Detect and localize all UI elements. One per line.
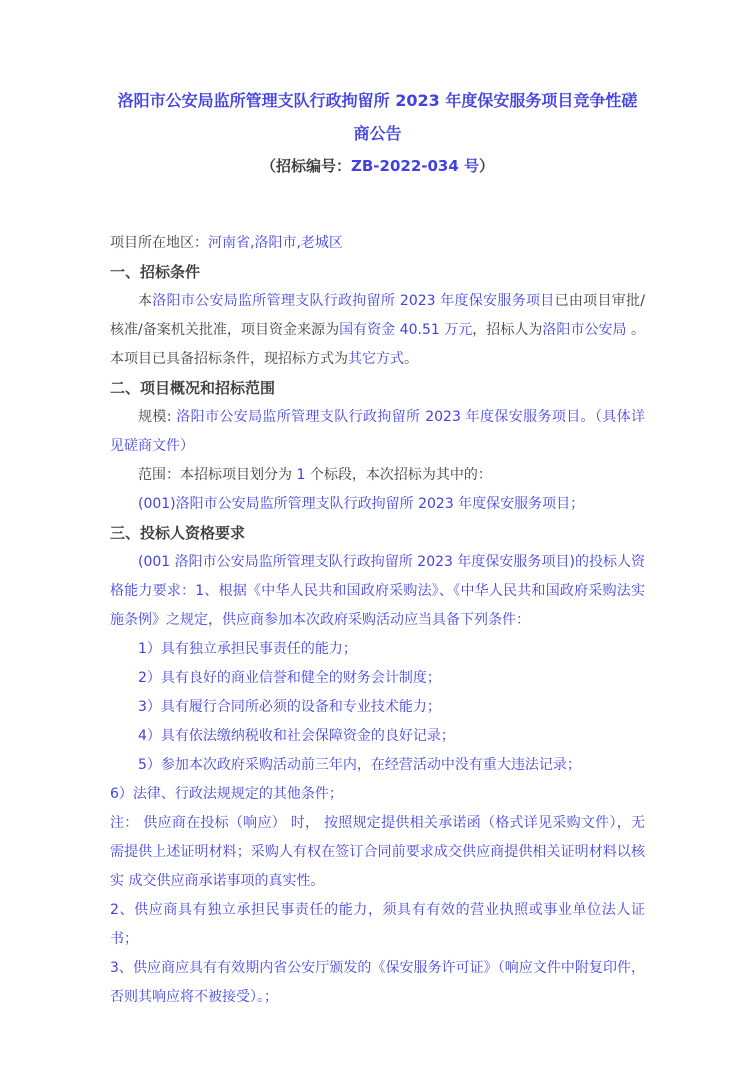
scope-line: 范围：本招标项目划分为 1 个标段，本次招标为其中的： xyxy=(110,461,645,490)
qualification-intro-paragraph: (001 洛阳市公安局监所管理支队行政拘留所 2023 年度保安服务项目)的投标… xyxy=(110,548,645,635)
project-location-line: 项目所在地区：河南省,洛阳市,老城区 xyxy=(110,229,645,258)
scale-line-seg-2: 洛阳市公安局监所管理支队行政拘留所 2023 年度保安服务项目。（具体详见磋商文… xyxy=(110,409,645,454)
section-3-heading: 三、投标人资格要求 xyxy=(110,519,645,548)
section-1-paragraph-seg-6: 洛阳市公安局 xyxy=(542,322,626,338)
condition-item-6-seg-1: 6）法律、行政法规规定的其他条件； xyxy=(110,786,343,802)
scale-line-seg-1: 规模: xyxy=(138,409,176,425)
section-1-paragraph-seg-1: 本 xyxy=(138,293,152,309)
scope-line-seg-1: 范围：本招标项目划分为 xyxy=(138,467,296,483)
qualification-intro-paragraph-seg-1: (001 洛阳市公安局监所管理支队行政拘留所 2023 年度保安服务项目)的投标… xyxy=(110,554,645,628)
note-paragraph: 注： 供应商在投标（响应） 时， 按照规定提供相关承诺函（格式详见采购文件），无… xyxy=(110,809,645,896)
document-body: 项目所在地区：河南省,洛阳市,老城区一、招标条件本洛阳市公安局监所管理支队行政拘… xyxy=(110,229,645,1012)
condition-item-5: 5）参加本次政府采购活动前三年内，在经营活动中没有重大违法记录； xyxy=(110,751,645,780)
requirement-3-seg-1: 3、供应商应具有有效期内省公安厅颁发的《保安服务许可证》（响应文件中附复印件，否… xyxy=(110,960,645,1005)
bid-section-line-seg-1: (001)洛阳市公安局监所管理支队行政拘留所 2023 年度保安服务项目； xyxy=(138,496,584,512)
condition-item-1-seg-1: 1）具有独立承担民事责任的能力； xyxy=(138,641,357,657)
section-1-heading: 一、招标条件 xyxy=(110,258,645,287)
requirement-2-seg-1: 2、供应商具有独立承担民事责任的能力，须具有有效的营业执照或事业单位法人证书； xyxy=(110,902,645,947)
section-3-heading-seg-1: 三、投标人资格要求 xyxy=(110,524,245,542)
section-1-paragraph-seg-2: 洛阳市公安局监所管理支队行政拘留所 2023 年度保安服务项目 xyxy=(152,293,554,309)
section-1-paragraph: 本洛阳市公安局监所管理支队行政拘留所 2023 年度保安服务项目已由项目审批/核… xyxy=(110,287,645,374)
section-2-heading-seg-1: 二、项目概况和招标范围 xyxy=(110,379,275,397)
condition-item-2-seg-1: 2）具有良好的商业信誉和健全的财务会计制度； xyxy=(138,670,441,686)
section-1-paragraph-seg-5: ，招标人为 xyxy=(472,322,542,338)
condition-item-6: 6）法律、行政法规规定的其他条件； xyxy=(110,780,645,809)
condition-item-4-seg-1: 4）具有依法缴纳税收和社会保障资金的良好记录； xyxy=(138,728,455,744)
section-1-paragraph-seg-4: 国有资金 40.51 万元 xyxy=(339,322,472,338)
condition-item-4: 4）具有依法缴纳税收和社会保障资金的良好记录； xyxy=(110,722,645,751)
project-location-line-seg-1: 项目所在地区： xyxy=(110,235,208,251)
document-viewport: { "colors":{ "blue":"#4242e4", "black":"… xyxy=(0,0,755,1071)
condition-item-3: 3）具有履行合同所必须的设备和专业技术能力； xyxy=(110,693,645,722)
scope-line-seg-3: 个标段，本次招标为其中的： xyxy=(305,467,491,483)
requirement-2: 2、供应商具有独立承担民事责任的能力，须具有有效的营业执照或事业单位法人证书； xyxy=(110,896,645,954)
note-paragraph-seg-1: 注： 供应商在投标（响应） 时， 按照规定提供相关承诺函（格式详见采购文件），无… xyxy=(110,815,645,889)
scale-line: 规模: 洛阳市公安局监所管理支队行政拘留所 2023 年度保安服务项目。（具体详… xyxy=(110,403,645,461)
bid-section-line: (001)洛阳市公安局监所管理支队行政拘留所 2023 年度保安服务项目； xyxy=(110,490,645,519)
tender-number-suffix: ） xyxy=(479,157,494,175)
section-1-paragraph-seg-8: 其它方式 xyxy=(348,351,404,367)
requirement-3: 3、供应商应具有有效期内省公安厅颁发的《保安服务许可证》（响应文件中附复印件，否… xyxy=(110,954,645,1012)
project-location-line-seg-2: 河南省,洛阳市,老城区 xyxy=(208,235,343,251)
document-page: 洛阳市公安局监所管理支队行政拘留所 2023 年度保安服务项目竞争性磋商公告 （… xyxy=(0,0,755,1071)
tender-number-line: （招标编号：ZB-2022-034 号） xyxy=(110,150,645,183)
section-2-heading: 二、项目概况和招标范围 xyxy=(110,374,645,403)
document-header: 洛阳市公安局监所管理支队行政拘留所 2023 年度保安服务项目竞争性磋商公告 （… xyxy=(110,84,645,183)
section-1-paragraph-seg-9: 。 xyxy=(404,351,418,367)
condition-item-5-seg-1: 5）参加本次政府采购活动前三年内，在经营活动中没有重大违法记录； xyxy=(138,757,581,773)
condition-item-2: 2）具有良好的商业信誉和健全的财务会计制度； xyxy=(110,664,645,693)
tender-number-value: ZB-2022-034 号 xyxy=(351,157,479,175)
condition-item-3-seg-1: 3）具有履行合同所必须的设备和专业技术能力； xyxy=(138,699,441,715)
section-1-heading-seg-1: 一、招标条件 xyxy=(110,263,200,281)
announcement-title: 洛阳市公安局监所管理支队行政拘留所 2023 年度保安服务项目竞争性磋商公告 xyxy=(110,84,645,150)
tender-number-prefix: （招标编号： xyxy=(261,157,351,175)
condition-item-1: 1）具有独立承担民事责任的能力； xyxy=(110,635,645,664)
